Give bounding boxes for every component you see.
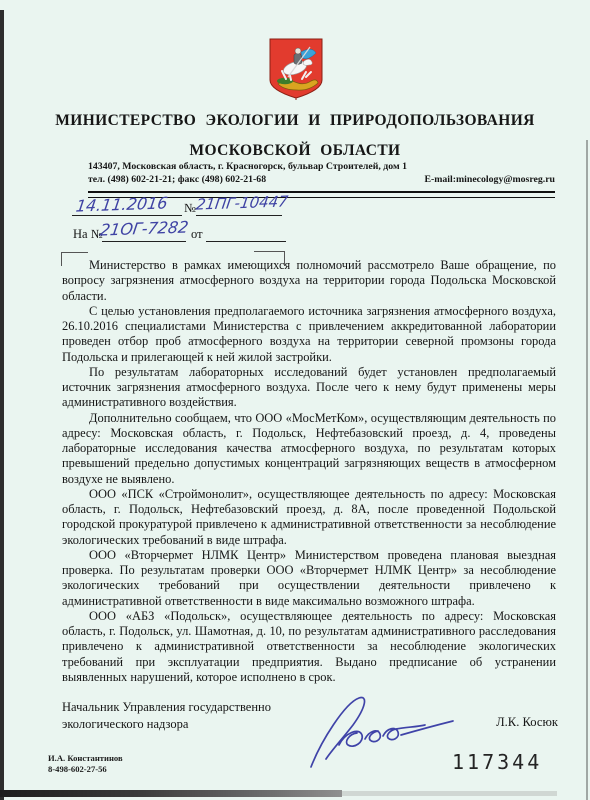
number-label: № [184,201,196,216]
address-line1: 143407, Московская область, г. Красногор… [88,160,418,173]
handwritten-reply-number: 21ОГ-7282 [99,217,190,239]
scan-edge-bottom [0,790,342,797]
letter-body: Министерство в рамках имеющихся полномоч… [62,258,556,685]
executor-name: И.А. Константинов [48,753,123,764]
executor-phone: 8-498-602-27-56 [48,764,123,775]
body-paragraph: С целью установления предполагаемого ист… [62,304,556,365]
body-paragraph: Дополнительно сообщаем, что ООО «МосМетК… [62,411,556,487]
scan-edge-right [586,140,588,800]
letterhead-email: E-mail:minecology@mosreg.ru [424,173,555,186]
from-underline [206,240,286,242]
handwritten-date: 14.11.2016 [75,193,169,215]
signer-position-line1: Начальник Управления государственно [62,699,332,716]
signer-position-line2: экологического надзора [62,716,332,733]
scanned-letter-page: МИНИСТЕРСТВО ЭКОЛОГИИ И ПРИРОДОПОЛЬЗОВАН… [0,0,590,800]
signature-ink [305,693,460,773]
address-line2: тел. (498) 602-21-21; факс (498) 602-21-… [88,173,418,186]
scan-edge-left [0,10,4,800]
from-label: от [191,227,203,242]
scan-edge-bottom-light [342,791,557,796]
moscow-oblast-coat-of-arms-icon [266,37,326,101]
ministry-title-line1: МИНИСТЕРСТВО ЭКОЛОГИИ И ПРИРОДОПОЛЬЗОВАН… [45,106,545,136]
ministry-title: МИНИСТЕРСТВО ЭКОЛОГИИ И ПРИРОДОПОЛЬЗОВАН… [45,106,545,166]
letterhead-contacts: 143407, Московская область, г. Красногор… [88,160,555,186]
signer-position: Начальник Управления государственно экол… [62,699,332,732]
reply-underline [102,240,186,242]
body-paragraph: ООО «АБЗ «Подольск», осуществляющее деят… [62,609,556,685]
signer-name: Л.К. Косюк [440,715,558,730]
body-paragraph: Министерство в рамках имеющихся полномоч… [62,258,556,304]
letterhead-address: 143407, Московская область, г. Красногор… [88,160,418,186]
handwritten-number: 21ПГ-10447 [195,192,289,213]
reply-label: На № [73,227,103,242]
body-paragraph: По результатам лабораторных исследований… [62,365,556,411]
executor-info: И.А. Константинов 8-498-602-27-56 [48,753,123,775]
body-paragraph: ООО «ПСК «Строймонолит», осуществляющее … [62,487,556,548]
body-paragraph: ООО «Вторчермет НЛМК Центр» Министерство… [62,548,556,609]
registration-stamp-number: 117344 [452,750,590,774]
number-underline [196,214,282,216]
